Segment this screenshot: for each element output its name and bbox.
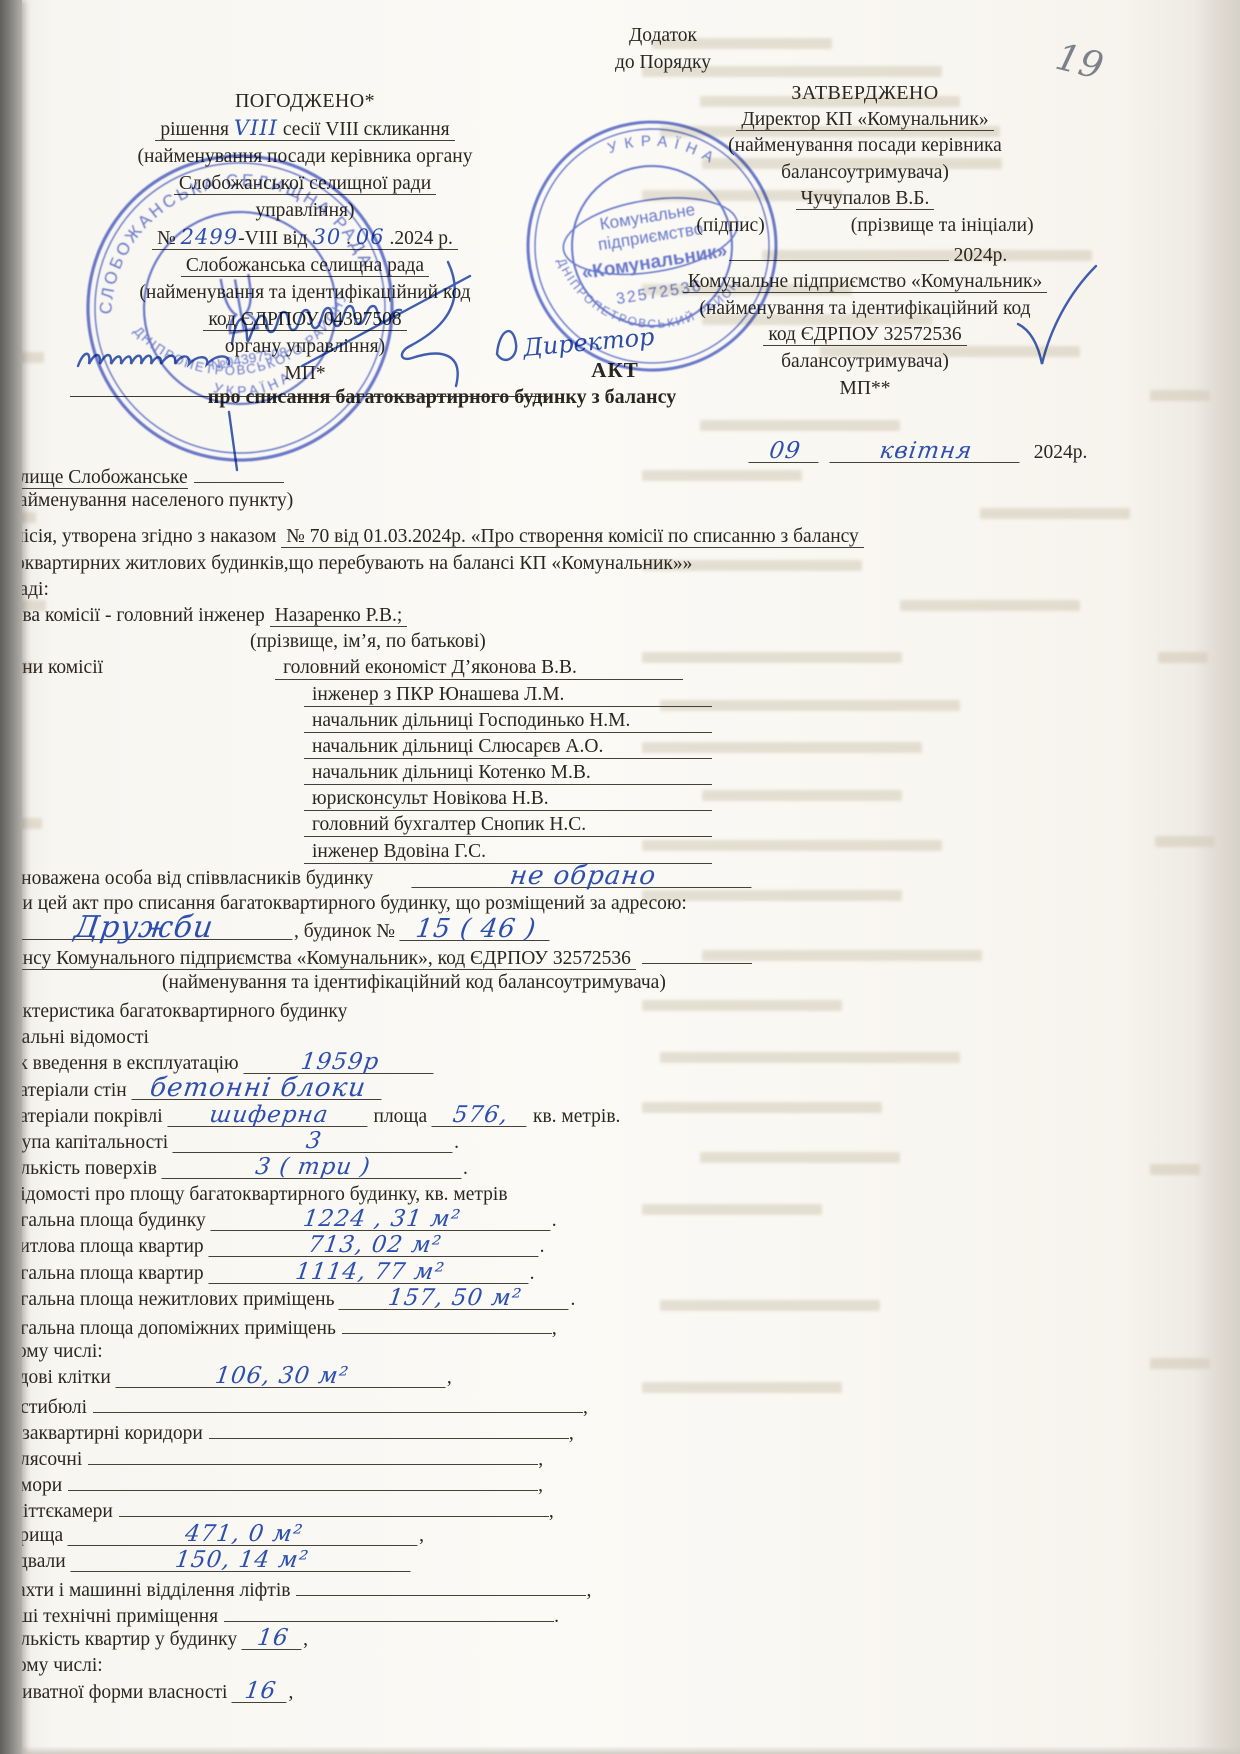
- approved-title: ЗАТВЕРДЖЕНО: [598, 80, 1132, 107]
- punct: ,: [549, 1501, 554, 1522]
- punct: ,: [552, 1318, 557, 1339]
- approved-year: 2024р.: [954, 245, 1008, 266]
- field-auxiliary-area: Загальна площа допоміжних приміщень,: [2, 1313, 1192, 1339]
- members-row: юрисконсульт Новікова Н.В.: [2, 786, 1192, 812]
- approved-block: ЗАТВЕРДЖЕНО Директор КП «Комунальник» (н…: [598, 80, 1132, 402]
- roof-area-label: площа: [374, 1106, 428, 1127]
- field-label: Загальна площа будинку: [2, 1210, 206, 1231]
- head-label: голова комісії - головний інженер: [0, 605, 265, 626]
- appendix-line1: Додаток: [578, 22, 748, 49]
- field-attics: горища471, 0 м²,: [2, 1523, 1192, 1549]
- approved-caption-pos1: (найменування посади керівника: [598, 133, 1132, 160]
- balance-caption: (найменування та ідентифікаційний код ба…: [2, 970, 1192, 996]
- balance-holder: з балансу Комунального підприємства «Ком…: [0, 948, 636, 970]
- section1-title: 1. Характеристика багатоквартирного буди…: [0, 999, 1192, 1025]
- field-floors: Кількість поверхів3 ( три ).: [2, 1156, 1192, 1182]
- members-row: члени комісіїголовний економіст Д’яконов…: [0, 655, 1192, 681]
- field-label: Загальна площа допоміжних приміщень: [2, 1318, 336, 1339]
- field-pram-rooms: колясочні,: [2, 1444, 1192, 1470]
- members-row: начальник дільниці Котенко М.В.: [2, 760, 1192, 786]
- field-value-handwritten: 3 ( три ): [161, 1156, 464, 1179]
- field-label: інші технічні приміщення: [2, 1606, 218, 1627]
- settlement-caption: (найменування населеного пункту): [2, 488, 1192, 514]
- field-storerooms: комори,: [2, 1470, 1192, 1496]
- field-value-handwritten: 157, 50 м²: [339, 1287, 572, 1310]
- date-year: 2024р.: [1034, 442, 1088, 463]
- member-name: інженер з ПКР Юнашева Л.М.: [304, 684, 712, 707]
- bottom-shadow: [0, 1746, 1240, 1754]
- field-value-handwritten: шиферна: [167, 1104, 370, 1127]
- head-name: Назаренко Р.В.;: [270, 605, 408, 627]
- field-capital-group: Група капітальності3.: [2, 1130, 1192, 1156]
- field-label: позаквартирні коридори: [2, 1423, 203, 1444]
- member-name: головний бухгалтер Снопик Н.С.: [304, 814, 712, 837]
- representative-label: уповноважена особа від співвласників буд…: [0, 868, 373, 889]
- approved-position: Директор КП «Комунальник»: [598, 107, 1132, 134]
- members-row: інженер з ПКР Юнашева Л.М.: [2, 682, 1192, 708]
- field-lobbies: вестибюлі,: [2, 1392, 1192, 1418]
- field-label: Кількість квартир у будинку: [2, 1629, 237, 1650]
- settlement-line: селище Слобожанське: [2, 462, 1192, 488]
- roof-area-units: кв. метрів.: [533, 1106, 620, 1127]
- approved-caption-pos2: балансоутримувача): [598, 160, 1132, 187]
- representative-value-handwritten: не обрано: [412, 865, 755, 888]
- approved-year-line: 2024р.: [598, 240, 1132, 270]
- house-label: , будинок №: [294, 921, 395, 942]
- approved-caption-id1: (найменування та ідентифікаційний код: [598, 296, 1132, 323]
- act-date-line: 09 квітня 2024р.: [744, 440, 1087, 464]
- approved-company: Комунальне підприємство «Комунальник»: [598, 269, 1132, 296]
- commission-intro-line2: багатоквартирних житлових будинків,що пе…: [0, 551, 1192, 577]
- day-handwritten: 30: [312, 225, 341, 249]
- field-label: приватної форми власності: [2, 1682, 227, 1703]
- number-label: №: [157, 228, 176, 249]
- punct: ,: [569, 1423, 574, 1444]
- act-body: селище Слобожанське (найменування населе…: [2, 462, 1192, 1706]
- members-row: начальник дільниці Слюсарєв А.О.: [2, 734, 1192, 760]
- field-basements: підвали150, 14 м²: [2, 1549, 1192, 1575]
- field-value-handwritten: 1114, 77 м²: [208, 1261, 531, 1284]
- agreed-caption-id2: органу управління): [68, 333, 542, 360]
- member-name: начальник дільниці Слюсарєв А.О.: [304, 736, 712, 759]
- section11-title: 1.1 Загальні відомості: [0, 1025, 1192, 1051]
- field-garbage-rooms: сміттєкамери,: [2, 1496, 1192, 1522]
- agreed-caption-org2: управління): [68, 197, 542, 224]
- agreed-edrpou: код ЄДРПОУ 04397508: [68, 306, 542, 333]
- field-apartments-count: Кількість квартир у будинку16,: [2, 1627, 1192, 1653]
- caption-signature: (підпис): [696, 213, 764, 240]
- punct: ,: [288, 1682, 293, 1703]
- number-mid: -VIII від: [238, 228, 307, 249]
- field-lift-shafts: шахти і машинні відділення ліфтів,: [2, 1575, 1192, 1601]
- member-name: начальник дільниці Котенко М.В.: [304, 762, 712, 785]
- field-value-handwritten: 150, 14 м²: [70, 1549, 413, 1572]
- field-value-handwritten: 713, 02 м²: [208, 1234, 541, 1257]
- members-row: головний бухгалтер Снопик Н.С.: [2, 812, 1192, 838]
- agreed-council: Слобожанська селищна рада: [68, 252, 542, 279]
- caption-name: (прізвище та ініціали): [851, 213, 1034, 240]
- field-value-handwritten: бетонні блоки: [131, 1077, 384, 1100]
- field-label: Загальна площа нежитлових приміщень: [2, 1289, 334, 1310]
- balance-line: з балансу Комунального підприємства «Ком…: [0, 943, 1192, 969]
- field-value-handwritten: 16: [232, 1680, 290, 1703]
- settlement: селище Слобожанське: [2, 467, 188, 489]
- field-label: Рік введення в експлуатацію: [2, 1053, 239, 1074]
- date-day-handwritten: 09: [748, 440, 821, 463]
- appendix-line2: до Порядку: [578, 49, 748, 76]
- decision-prefix: рішення: [160, 119, 229, 140]
- number-handwritten: 2499: [181, 225, 238, 249]
- owners-representative-line: уповноважена особа від співвласників буд…: [0, 865, 1192, 891]
- agreed-block: ПОГОДЖЕНО* рішення VIII сесії VIII склик…: [68, 88, 542, 387]
- section12-title: 1.2 Відомості про площу багатоквартирног…: [0, 1182, 1192, 1208]
- including-label: у тому числі:: [0, 1339, 1192, 1365]
- field-label: Житлова площа квартир: [2, 1236, 204, 1257]
- agreed-org: Слобожанської селищної ради: [68, 170, 542, 197]
- field-value-handwritten: 1959р: [243, 1051, 436, 1074]
- field-value-handwritten: 106, 30 м²: [115, 1365, 448, 1388]
- house-number-handwritten: 15 ( 46 ): [399, 918, 552, 941]
- punct: .: [554, 1606, 559, 1627]
- field-value-handwritten: 16: [241, 1627, 304, 1650]
- field-label: шахти і машинні відділення ліфтів: [2, 1580, 290, 1601]
- commission-intro-line3: у складі:: [0, 577, 1192, 603]
- address-line: вул.Дружби, будинок №15 ( 46 ): [0, 917, 1192, 943]
- punct: ,: [538, 1475, 543, 1496]
- member-name: юрисконсульт Новікова Н.В.: [304, 788, 712, 811]
- act-title: АКТ: [0, 358, 1230, 383]
- punct: ,: [538, 1449, 543, 1470]
- approved-edrpou: код ЄДРПОУ 32572536: [598, 322, 1132, 349]
- agreed-caption-id1: (найменування та ідентифікаційний код: [68, 279, 542, 306]
- page-curl-shadow: [1194, 0, 1240, 1754]
- dot: .: [346, 228, 351, 249]
- including-label: у тому числі:: [0, 1653, 1192, 1679]
- year-printed: .2024 р.: [389, 228, 452, 249]
- approved-head-name: Чучупалов В.Б.: [598, 186, 1132, 213]
- field-label: Загальна площа квартир: [2, 1263, 204, 1284]
- commission-intro-line1: Комісія, утворена згідно з наказом № 70 …: [0, 524, 1192, 550]
- field-value-handwritten: 3: [173, 1130, 456, 1153]
- field-roof-material: Матеріали покрівлішиферна площа576, кв. …: [2, 1104, 1192, 1130]
- member-name: начальник дільниці Господинько Н.М.: [304, 710, 712, 733]
- field-label: Група капітальності: [2, 1132, 168, 1153]
- field-value-handwritten: 1224 , 31 м²: [210, 1208, 553, 1231]
- field-private-ownership: приватної форми власності16,: [2, 1680, 1192, 1706]
- agreed-caption-org1: (найменування посади керівника органу: [68, 143, 542, 170]
- members-row: начальник дільниці Господинько Н.М.: [2, 708, 1192, 734]
- month-handwritten: 06: [356, 225, 385, 249]
- decision-session-handwritten: VIII: [234, 116, 278, 140]
- commission-head-line: голова комісії - головний інженер Назаре…: [0, 603, 1192, 629]
- field-living-area: Житлова площа квартир713, 02 м².: [2, 1234, 1192, 1260]
- date-month-handwritten: квітня: [829, 440, 1022, 463]
- scan-edge-strip: [0, 0, 22, 1754]
- member-name: головний економіст Д’яконова В.В.: [275, 657, 683, 680]
- field-nonresidential-area: Загальна площа нежитлових приміщень157, …: [2, 1287, 1192, 1313]
- agreed-number-line: № 2499-VIII від 30 . 06 .2024 р.: [68, 224, 542, 252]
- field-total-area: Загальна площа будинку1224 , 31 м².: [2, 1208, 1192, 1234]
- agreed-decision-line: рішення VIII сесії VIII скликання: [68, 115, 542, 143]
- act-subtitle: про списання багатоквартирного будинку з…: [0, 386, 884, 409]
- street-handwritten: Дружби: [0, 917, 296, 940]
- intro-prefix: Комісія, утворена згідно з наказом: [0, 526, 276, 547]
- field-technical-rooms: інші технічні приміщення.: [2, 1601, 1192, 1627]
- punct: .: [570, 1289, 575, 1310]
- field-staircases: сходові клітки106, 30 м²,: [0, 1365, 1192, 1391]
- decision-suffix: сесії VIII скликання: [283, 119, 450, 140]
- field-label: Кількість поверхів: [2, 1158, 157, 1179]
- field-corridors: позаквартирні коридори,: [2, 1418, 1192, 1444]
- scanned-document-page: 19 Додаток до Порядку ПОГОДЖЕНО* рішення…: [0, 0, 1240, 1754]
- punct: ,: [583, 1397, 588, 1418]
- approved-captions-row: (підпис)(прізвище та ініціали): [598, 213, 1132, 240]
- head-caption: (прізвище, ім’я, по батькові): [2, 629, 1192, 655]
- field-label: Матеріали покрівлі: [2, 1106, 163, 1127]
- field-apartments-area: Загальна площа квартир1114, 77 м².: [2, 1261, 1192, 1287]
- appendix-note: Додаток до Порядку: [578, 22, 748, 76]
- agreed-title: ПОГОДЖЕНО*: [68, 88, 542, 115]
- punct: ,: [586, 1580, 591, 1601]
- field-value-handwritten: 471, 0 м²: [68, 1523, 421, 1546]
- field-wall-material: Матеріали стінбетонні блоки: [2, 1077, 1192, 1103]
- roof-area-handwritten: 576,: [431, 1104, 529, 1127]
- order-reference: № 70 від 01.03.2024р. «Про створення ком…: [281, 526, 864, 548]
